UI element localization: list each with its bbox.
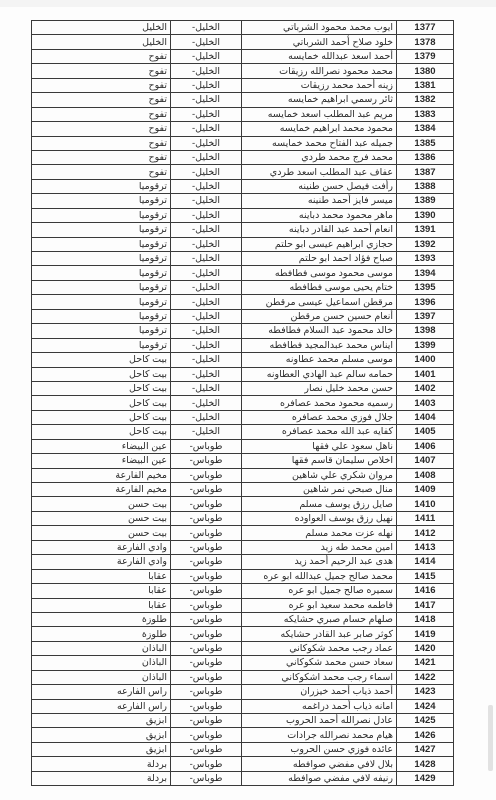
table-row: 1428بلال لافي مفضي صوافطهطوباس-بردلة [32,757,454,771]
row-number: 1407 [397,454,454,468]
table-row: 1393صباح فؤاد احمد ابو حلتمالخليل-ترقومي… [32,252,454,266]
table-row: 1422اسماء رجب محمد اشكوكانيطوباس-الباذان [32,670,454,684]
table-row: 1387عفاف عبد المطلب اسعد طرديالخليل-تفوح [32,165,454,179]
row-number: 1400 [397,353,454,367]
table-row: 1404جلال فوزي محمد عصافرهالخليل-بيت كاحل [32,410,454,424]
town: تفوح [32,64,171,78]
town: بيت كاحل [32,381,171,395]
table-row: 1395ختام يحيى موسى فطافطهالخليل-ترقوميا [32,280,454,294]
person-name: رنيفه لافي مفضي صوافطه [242,771,397,785]
table-row: 1388رأفت فيصل حسن طنينهالخليل-ترقوميا [32,179,454,193]
person-name: محمد صالح جميل عبدالله ابو عره [242,569,397,583]
person-name: أحمد ذياب أحمد خيزران [242,685,397,699]
person-name: ميسر فايز أحمد طنينه [242,194,397,208]
person-name: ثائر رسمي ابراهيم خمايسه [242,93,397,107]
table-row: 1421سعاد حسن محمد شكوكانيطوباس-الباذان [32,656,454,670]
town: عقابا [32,598,171,612]
governorate: طوباس- [171,569,242,583]
row-number: 1394 [397,266,454,280]
town: بردلة [32,757,171,771]
row-number: 1423 [397,685,454,699]
town: بيت حسن [32,526,171,540]
town: عين البيضاء [32,439,171,453]
table-row: 1408مروان شكري علي شاهينطوباس-مخيم الفار… [32,468,454,482]
row-number: 1399 [397,338,454,352]
governorate: طوباس- [171,627,242,641]
person-name: موسى محمود موسى فطافطه [242,266,397,280]
row-number: 1415 [397,569,454,583]
table-row: 1385جميله عبد الفتاح محمد خمايسهالخليل-ت… [32,136,454,150]
row-number: 1398 [397,324,454,338]
table-row: 1402حسن محمد خليل نصارالخليل-بيت كاحل [32,381,454,395]
town: ترقوميا [32,338,171,352]
table-row: 1416سميره صالح جميل ابو عرهطوباس-عقابا [32,584,454,598]
person-name: حسن محمد خليل نصار [242,381,397,395]
person-name: أحمد اسعد عبدالله خمايسه [242,49,397,63]
table-row: 1412نهله عزت محمد مسلمطوباس-بيت حسن [32,526,454,540]
row-number: 1403 [397,396,454,410]
person-name: امين محمد طه زيد [242,540,397,554]
governorate: طوباس- [171,439,242,453]
table-row: 1379أحمد اسعد عبدالله خمايسهالخليل-تفوح [32,49,454,63]
person-name: مريم عبد المطلب اسعد خمايسه [242,107,397,121]
town: وادي الفارعة [32,555,171,569]
row-number: 1424 [397,699,454,713]
person-name: مرقطن اسماعيل عيسى مرقطن [242,295,397,309]
table-row: 1400موسى مسلم محمد عطاونهالخليل-بيت كاحل [32,353,454,367]
table-row: 1410صايل رزق يوسف مسلمطوباس-بيت حسن [32,497,454,511]
governorate: طوباس- [171,468,242,482]
town: تفوح [32,165,171,179]
town: عقابا [32,569,171,583]
table-row: 1394موسى محمود موسى فطافطهالخليل-ترقوميا [32,266,454,280]
governorate: طوباس- [171,555,242,569]
person-name: كوثر صابر عبد القادر حشايكه [242,627,397,641]
row-number: 1421 [397,656,454,670]
person-name: ختام يحيى موسى فطافطه [242,280,397,294]
person-name: حمامه سالم عبد الهادي العطاونه [242,367,397,381]
row-number: 1427 [397,742,454,756]
row-number: 1393 [397,252,454,266]
governorate: الخليل- [171,21,242,35]
person-name: ماهر محمود محمد دباينه [242,208,397,222]
person-name: ناهل سعود علي فقها [242,439,397,453]
row-number: 1378 [397,35,454,49]
town: بيت كاحل [32,367,171,381]
governorate: الخليل- [171,396,242,410]
governorate: طوباس- [171,714,242,728]
town: ترقوميا [32,309,171,323]
town: مخيم الفارعة [32,483,171,497]
governorate: الخليل- [171,324,242,338]
governorate: طوباس- [171,584,242,598]
town: تفوح [32,107,171,121]
person-name: هيام محمد نصرالله جرادات [242,728,397,742]
town: ترقوميا [32,223,171,237]
table-row: 1380محمد محمود نصرالله رزيقاتالخليل-تفوح [32,64,454,78]
row-number: 1396 [397,295,454,309]
row-number: 1388 [397,179,454,193]
governorate: الخليل- [171,208,242,222]
person-name: رسميه محمود محمد عصافره [242,396,397,410]
town: راس الفارعه [32,685,171,699]
town: ابزيق [32,728,171,742]
governorate: طوباس- [171,540,242,554]
row-number: 1410 [397,497,454,511]
row-number: 1411 [397,511,454,525]
table-row: 1415محمد صالح جميل عبدالله ابو عرهطوباس-… [32,569,454,583]
person-name: صايل رزق يوسف مسلم [242,497,397,511]
row-number: 1382 [397,93,454,107]
table-row: 1399ايناس محمد عبدالمجيد فطافطهالخليل-تر… [32,338,454,352]
person-name: عفاف عبد المطلب اسعد طردي [242,165,397,179]
person-name: امانه ذياب أحمد دراغمه [242,699,397,713]
governorate: الخليل- [171,410,242,424]
table-row: 1403رسميه محمود محمد عصافرهالخليل-بيت كا… [32,396,454,410]
governorate: الخليل- [171,338,242,352]
town: مخيم الفارعة [32,468,171,482]
table-row: 1420عماد رجب محمد شكوكانيطوباس-الباذان [32,641,454,655]
person-name: خلود صلاح أحمد الشرباتي [242,35,397,49]
row-number: 1386 [397,150,454,164]
person-name: أنعام حسين حسن مرقطن [242,309,397,323]
town: ترقوميا [32,237,171,251]
governorate: طوباس- [171,483,242,497]
person-name: ايناس محمد عبدالمجيد فطافطه [242,338,397,352]
table-row: 1381زينه أحمد محمد رزيقاتالخليل-تفوح [32,78,454,92]
table-row: 1427عائده فوزي حسن الحروبطوباس-ابزيق [32,742,454,756]
row-number: 1429 [397,771,454,785]
table-row: 1401حمامه سالم عبد الهادي العطاونهالخليل… [32,367,454,381]
row-number: 1408 [397,468,454,482]
table-row: 1389ميسر فايز أحمد طنينهالخليل-ترقوميا [32,194,454,208]
row-number: 1418 [397,612,454,626]
town: تفوح [32,78,171,92]
row-number: 1422 [397,670,454,684]
town: ترقوميا [32,295,171,309]
row-number: 1409 [397,483,454,497]
governorate: طوباس- [171,598,242,612]
town: ترقوميا [32,194,171,208]
person-name: جلال فوزي محمد عصافره [242,410,397,424]
row-number: 1412 [397,526,454,540]
town: تفوح [32,49,171,63]
row-number: 1380 [397,64,454,78]
row-number: 1414 [397,555,454,569]
table-row: 1414هدى عبد الرحيم أحمد زيدطوباس-وادي ال… [32,555,454,569]
town: ترقوميا [32,280,171,294]
town: الباذان [32,670,171,684]
person-name: رأفت فيصل حسن طنينه [242,179,397,193]
town: ترقوميا [32,208,171,222]
town: ترقوميا [32,266,171,280]
governorate: الخليل- [171,78,242,92]
town: ابزيق [32,714,171,728]
table-row: 1378خلود صلاح أحمد الشرباتيالخليل-الخليل [32,35,454,49]
person-name: انعام أحمد عبد القادر دباينه [242,223,397,237]
person-name: عماد رجب محمد شكوكاني [242,641,397,655]
table-row: 1429رنيفه لافي مفضي صوافطهطوباس-بردلة [32,771,454,785]
row-number: 1402 [397,381,454,395]
town: بيت حسن [32,497,171,511]
person-name: فاطمه محمد سعيد ابو عره [242,598,397,612]
row-number: 1379 [397,49,454,63]
person-name: محمود محمد ابراهيم خمايسه [242,122,397,136]
governorate: الخليل- [171,425,242,439]
row-number: 1420 [397,641,454,655]
town: بيت حسن [32,511,171,525]
governorate: الخليل- [171,150,242,164]
governorate: طوباس- [171,685,242,699]
town: ترقوميا [32,324,171,338]
town: عين البيضاء [32,454,171,468]
table-row: 1426هيام محمد نصرالله جراداتطوباس-ابزيق [32,728,454,742]
governorate: طوباس- [171,511,242,525]
table-row: 1411نهيل رزق يوسف العواودهطوباس-بيت حسن [32,511,454,525]
table-row: 1390ماهر محمود محمد دباينهالخليل-ترقوميا [32,208,454,222]
table-row: 1406ناهل سعود علي فقهاطوباس-عين البيضاء [32,439,454,453]
table-row: 1405كفايه عبد الله محمد عصافرهالخليل-بيت… [32,425,454,439]
person-name: اسماء رجب محمد اشكوكاني [242,670,397,684]
governorate: طوباس- [171,656,242,670]
town: الخليل [32,21,171,35]
person-name: كفايه عبد الله محمد عصافره [242,425,397,439]
town: تفوح [32,122,171,136]
governorate: الخليل- [171,353,242,367]
governorate: الخليل- [171,280,242,294]
names-table-body: 1377ايوب محمد محمود الشرباتيالخليل-الخلي… [32,21,454,786]
governorate: الخليل- [171,237,242,251]
row-number: 1401 [397,367,454,381]
table-row: 1397أنعام حسين حسن مرقطنالخليل-ترقوميا [32,309,454,323]
row-number: 1389 [397,194,454,208]
person-name: نهيل رزق يوسف العواوده [242,511,397,525]
person-name: صلهام حسام صبري حشايكه [242,612,397,626]
governorate: الخليل- [171,194,242,208]
town: طلوزة [32,612,171,626]
table-row: 1396مرقطن اسماعيل عيسى مرقطنالخليل-ترقوم… [32,295,454,309]
person-name: جميله عبد الفتاح محمد خمايسه [242,136,397,150]
table-row: 1418صلهام حسام صبري حشايكهطوباس-طلوزة [32,612,454,626]
person-name: محمد محمود نصرالله رزيقات [242,64,397,78]
table-row: 1382ثائر رسمي ابراهيم خمايسهالخليل-تفوح [32,93,454,107]
table-row: 1417فاطمه محمد سعيد ابو عرهطوباس-عقابا [32,598,454,612]
governorate: طوباس- [171,771,242,785]
row-number: 1383 [397,107,454,121]
town: ترقوميا [32,252,171,266]
town: تفوح [32,136,171,150]
person-name: سميره صالح جميل ابو عره [242,584,397,598]
row-number: 1426 [397,728,454,742]
table-row: 1425عادل نصرالله أحمد الحروبطوباس-ابزيق [32,714,454,728]
row-number: 1387 [397,165,454,179]
governorate: الخليل- [171,367,242,381]
row-number: 1406 [397,439,454,453]
governorate: طوباس- [171,728,242,742]
row-number: 1391 [397,223,454,237]
row-number: 1404 [397,410,454,424]
row-number: 1413 [397,540,454,554]
person-name: ايوب محمد محمود الشرباتي [242,21,397,35]
row-number: 1397 [397,309,454,323]
governorate: طوباس- [171,497,242,511]
row-number: 1384 [397,122,454,136]
table-row: 1391انعام أحمد عبد القادر دباينهالخليل-ت… [32,223,454,237]
town: الخليل [32,35,171,49]
table-row: 1383مريم عبد المطلب اسعد خمايسهالخليل-تف… [32,107,454,121]
vertical-scrollbar[interactable] [488,705,493,771]
person-name: هدى عبد الرحيم أحمد زيد [242,555,397,569]
governorate: الخليل- [171,252,242,266]
row-number: 1395 [397,280,454,294]
town: بيت كاحل [32,396,171,410]
governorate: طوباس- [171,699,242,713]
table-row: 1423أحمد ذياب أحمد خيزرانطوباس-راس الفار… [32,685,454,699]
town: ابزيق [32,742,171,756]
governorate: الخليل- [171,309,242,323]
table-row: 1392حجازي ابراهيم عيسى ابو حلتمالخليل-تر… [32,237,454,251]
top-strip [0,0,496,7]
person-name: منال صبحي نمر شاهين [242,483,397,497]
governorate: طوباس- [171,757,242,771]
governorate: الخليل- [171,381,242,395]
town: الباذان [32,641,171,655]
governorate: الخليل- [171,266,242,280]
row-number: 1405 [397,425,454,439]
names-table: 1377ايوب محمد محمود الشرباتيالخليل-الخلي… [31,20,454,786]
governorate: الخليل- [171,64,242,78]
governorate: طوباس- [171,641,242,655]
person-name: بلال لافي مفضي صوافطه [242,757,397,771]
row-number: 1381 [397,78,454,92]
governorate: الخليل- [171,179,242,193]
town: وادي الفارعة [32,540,171,554]
governorate: الخليل- [171,35,242,49]
person-name: نهله عزت محمد مسلم [242,526,397,540]
town: طلوزة [32,627,171,641]
row-number: 1377 [397,21,454,35]
governorate: الخليل- [171,122,242,136]
table-row: 1407اخلاص سليمان قاسم فقهاطوباس-عين البي… [32,454,454,468]
table-row: 1384محمود محمد ابراهيم خمايسهالخليل-تفوح [32,122,454,136]
person-name: خالد محمود عبد السلام فطافطه [242,324,397,338]
governorate: طوباس- [171,612,242,626]
row-number: 1425 [397,714,454,728]
person-name: عادل نصرالله أحمد الحروب [242,714,397,728]
town: بردلة [32,771,171,785]
town: عقابا [32,584,171,598]
town: راس الفارعه [32,699,171,713]
row-number: 1419 [397,627,454,641]
person-name: مروان شكري علي شاهين [242,468,397,482]
table-row: 1398خالد محمود عبد السلام فطافطهالخليل-ت… [32,324,454,338]
governorate: طوباس- [171,526,242,540]
row-number: 1385 [397,136,454,150]
governorate: الخليل- [171,223,242,237]
town: بيت كاحل [32,425,171,439]
town: تفوح [32,150,171,164]
table-row: 1413امين محمد طه زيدطوباس-وادي الفارعة [32,540,454,554]
person-name: زينه أحمد محمد رزيقات [242,78,397,92]
governorate: طوباس- [171,670,242,684]
row-number: 1416 [397,584,454,598]
governorate: الخليل- [171,295,242,309]
governorate: طوباس- [171,742,242,756]
person-name: موسى مسلم محمد عطاونه [242,353,397,367]
town: بيت كاحل [32,410,171,424]
person-name: حجازي ابراهيم عيسى ابو حلتم [242,237,397,251]
table-row: 1419كوثر صابر عبد القادر حشايكهطوباس-طلو… [32,627,454,641]
table-row: 1377ايوب محمد محمود الشرباتيالخليل-الخلي… [32,21,454,35]
table-row: 1424امانه ذياب أحمد دراغمهطوباس-راس الفا… [32,699,454,713]
row-number: 1390 [397,208,454,222]
person-name: عائده فوزي حسن الحروب [242,742,397,756]
governorate: الخليل- [171,107,242,121]
governorate: الخليل- [171,136,242,150]
table-row: 1409منال صبحي نمر شاهينطوباس-مخيم الفارع… [32,483,454,497]
town: ترقوميا [32,179,171,193]
row-number: 1392 [397,237,454,251]
row-number: 1417 [397,598,454,612]
person-name: سعاد حسن محمد شكوكاني [242,656,397,670]
town: الباذان [32,656,171,670]
town: بيت كاحل [32,353,171,367]
person-name: محمد فرج محمد طردي [242,150,397,164]
governorate: الخليل- [171,165,242,179]
town: تفوح [32,93,171,107]
row-number: 1428 [397,757,454,771]
governorate: الخليل- [171,49,242,63]
person-name: اخلاص سليمان قاسم فقها [242,454,397,468]
person-name: صباح فؤاد احمد ابو حلتم [242,252,397,266]
table-row: 1386محمد فرج محمد طرديالخليل-تفوح [32,150,454,164]
governorate: طوباس- [171,454,242,468]
governorate: الخليل- [171,93,242,107]
